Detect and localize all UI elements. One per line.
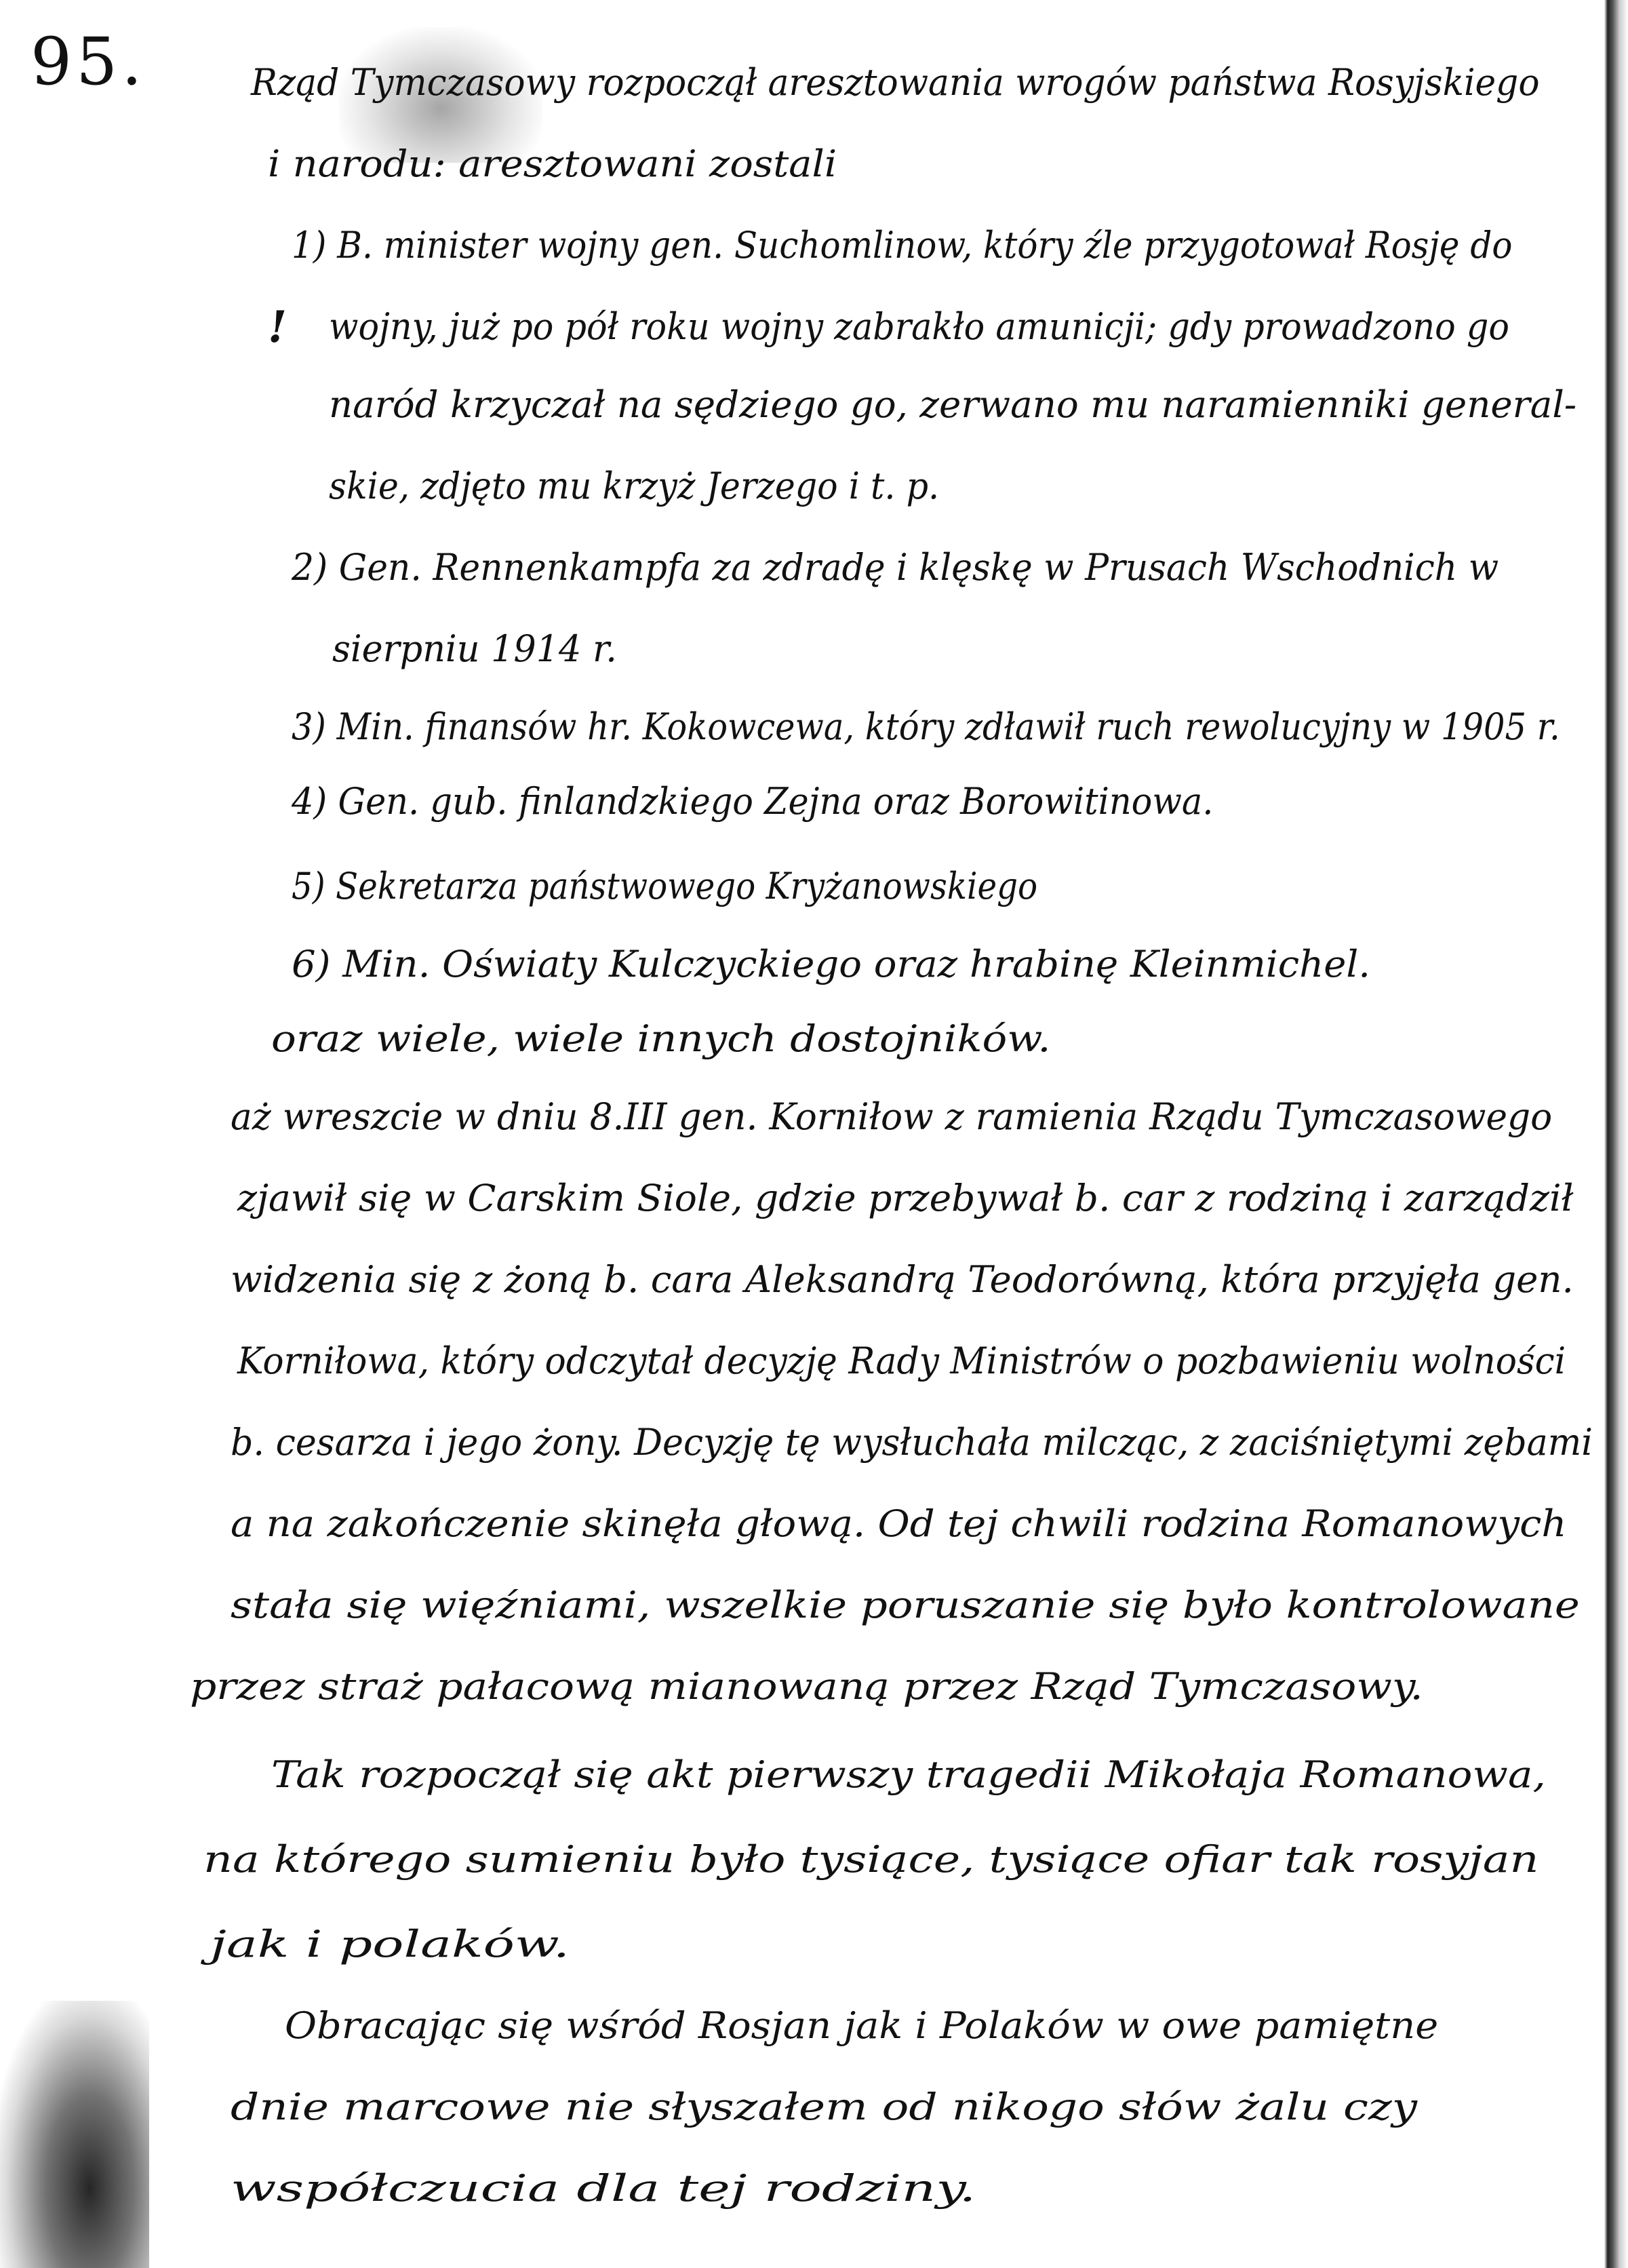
manuscript-line: na którego sumieniu było tysiące, tysiąc… (203, 1841, 1538, 1878)
manuscript-line: przez straż pałacową mianowaną przez Rzą… (190, 1668, 1423, 1705)
manuscript-line: 6) Min. Oświaty Kulczyckiego oraz hrabin… (292, 946, 1370, 983)
manuscript-line: zjawił się w Carskim Siole, gdzie przeby… (237, 1180, 1573, 1217)
manuscript-line: 1) B. minister wojny gen. Suchomlinow, k… (292, 227, 1512, 264)
manuscript-line: i narodu: aresztowani zostali (268, 146, 837, 182)
manuscript-line: 3) Min. finansów hr. Kokowcewa, który zd… (292, 709, 1560, 745)
manuscript-line: współczucia dla tej rodziny. (231, 2170, 976, 2207)
ink-smudge (0, 2001, 149, 2268)
manuscript-line: 2) Gen. Rennenkampfa za zdradę i klęskę … (292, 549, 1498, 586)
manuscript-line: a na zakończenie skinęła głową. Od tej c… (231, 1506, 1566, 1542)
manuscript-line: dnie marcowe nie słyszałem od nikogo słó… (231, 2089, 1417, 2126)
manuscript-line: skie, zdjęto mu krzyż Jerzego i t. p. (329, 468, 939, 505)
manuscript-page: 95. ! Rząd Tymczasowy rozpoczął aresztow… (0, 0, 1628, 2268)
page-number: 95. (31, 24, 146, 100)
manuscript-line: naród krzyczał na sędziego go, zerwano m… (329, 387, 1576, 423)
manuscript-line: wojny, już po pół roku wojny zabrakło am… (329, 309, 1509, 345)
manuscript-line: 5) Sekretarza państwowego Kryżanowskiego (292, 868, 1037, 905)
manuscript-line: Korniłowa, który odczytał decyzję Rady M… (237, 1343, 1566, 1380)
manuscript-line: b. cesarza i jego żony. Decyzję tę wysłu… (231, 1424, 1593, 1461)
manuscript-line: widzenia się z żoną b. cara Aleksandrą T… (231, 1262, 1574, 1298)
manuscript-line: jak i polaków. (210, 1926, 570, 1963)
manuscript-line: oraz wiele, wiele innych dostojników. (271, 1021, 1051, 1057)
manuscript-line: 4) Gen. gub. finlandzkiego Zejna oraz Bo… (292, 783, 1213, 820)
page-edge-shadow (1594, 0, 1628, 2268)
margin-exclamation-mark: ! (268, 302, 287, 353)
manuscript-line: aż wreszcie w dniu 8.III gen. Korniłow z… (231, 1099, 1552, 1135)
manuscript-line: stała się więźniami, wszelkie poruszanie… (231, 1587, 1580, 1624)
manuscript-line: Tak rozpoczął się akt pierwszy tragedii … (271, 1757, 1546, 1793)
manuscript-line: Rząd Tymczasowy rozpoczął aresztowania w… (251, 64, 1540, 101)
manuscript-line: Obracając się wśród Rosjan jak i Polaków… (285, 2008, 1438, 2044)
manuscript-line: sierpniu 1914 r. (332, 631, 617, 667)
